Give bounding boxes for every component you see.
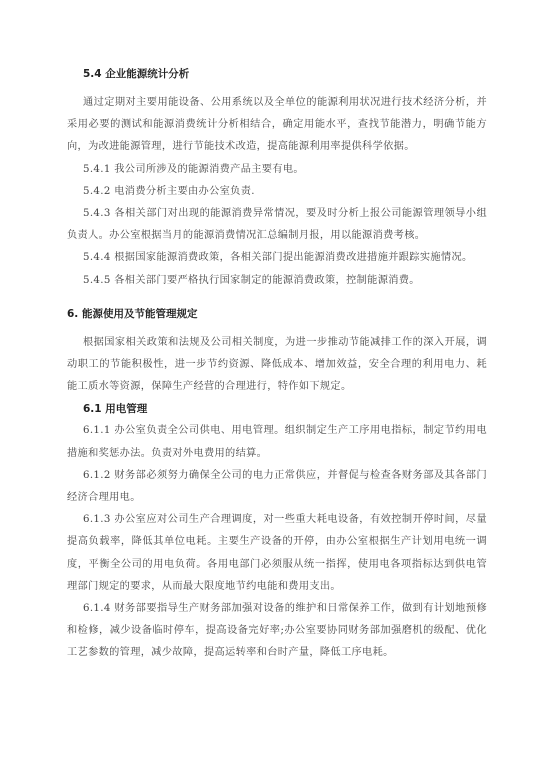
item-5-4-4: 5.4.4 根据国家能源消费政策，各相关部门提出能源消费改进措施并跟踪实施情况。: [67, 247, 487, 269]
section-spacer: [67, 292, 487, 304]
item-6-1-2: 6.1.2 财务部必须努力确保全公司的电力正常供应，并督促与检查各财务部及其各部…: [67, 465, 487, 509]
section-6-intro: 根据国家相关政策和法规及公司相关制度，为进一步推动节能减排工作的深入开展，调动职…: [67, 332, 487, 399]
item-5-4-5: 5.4.5 各相关部门要严格执行国家制定的能源消费政策，控制能源消费。: [67, 270, 487, 292]
item-6-1-1: 6.1.1 办公室负责全公司供电、用电管理。组织制定生产工序用电指标，制定节约用…: [67, 420, 487, 464]
item-5-4-1: 5.4.1 我公司所涉及的能源消费产品主要有电。: [67, 159, 487, 181]
section-heading-5-4: 5.4 企业能源统计分析: [67, 64, 487, 84]
section-5-4-intro: 通过定期对主要用能设备、公用系统以及全单位的能源利用状况进行技术经济分析，并采用…: [67, 92, 487, 159]
subsection-heading-6-1: 6.1 用电管理: [67, 398, 487, 420]
item-5-4-2: 5.4.2 电消费分析主要由办公室负责.: [67, 181, 487, 203]
item-5-4-3: 5.4.3 各相关部门对出现的能源消费异常情况，要及时分析上报公司能源管理领导小…: [67, 203, 487, 247]
document-page: 5.4 企业能源统计分析 通过定期对主要用能设备、公用系统以及全单位的能源利用状…: [67, 64, 487, 665]
item-6-1-3: 6.1.3 办公室应对公司生产合理调度，对一些重大耗电设备，有效控制开停时间，尽…: [67, 509, 487, 598]
section-heading-6: 6. 能源使用及节能管理规定: [67, 304, 487, 324]
item-6-1-4: 6.1.4 财务部要指导生产财务部加强对设备的维护和日常保养工作，做到有计划地预…: [67, 598, 487, 665]
